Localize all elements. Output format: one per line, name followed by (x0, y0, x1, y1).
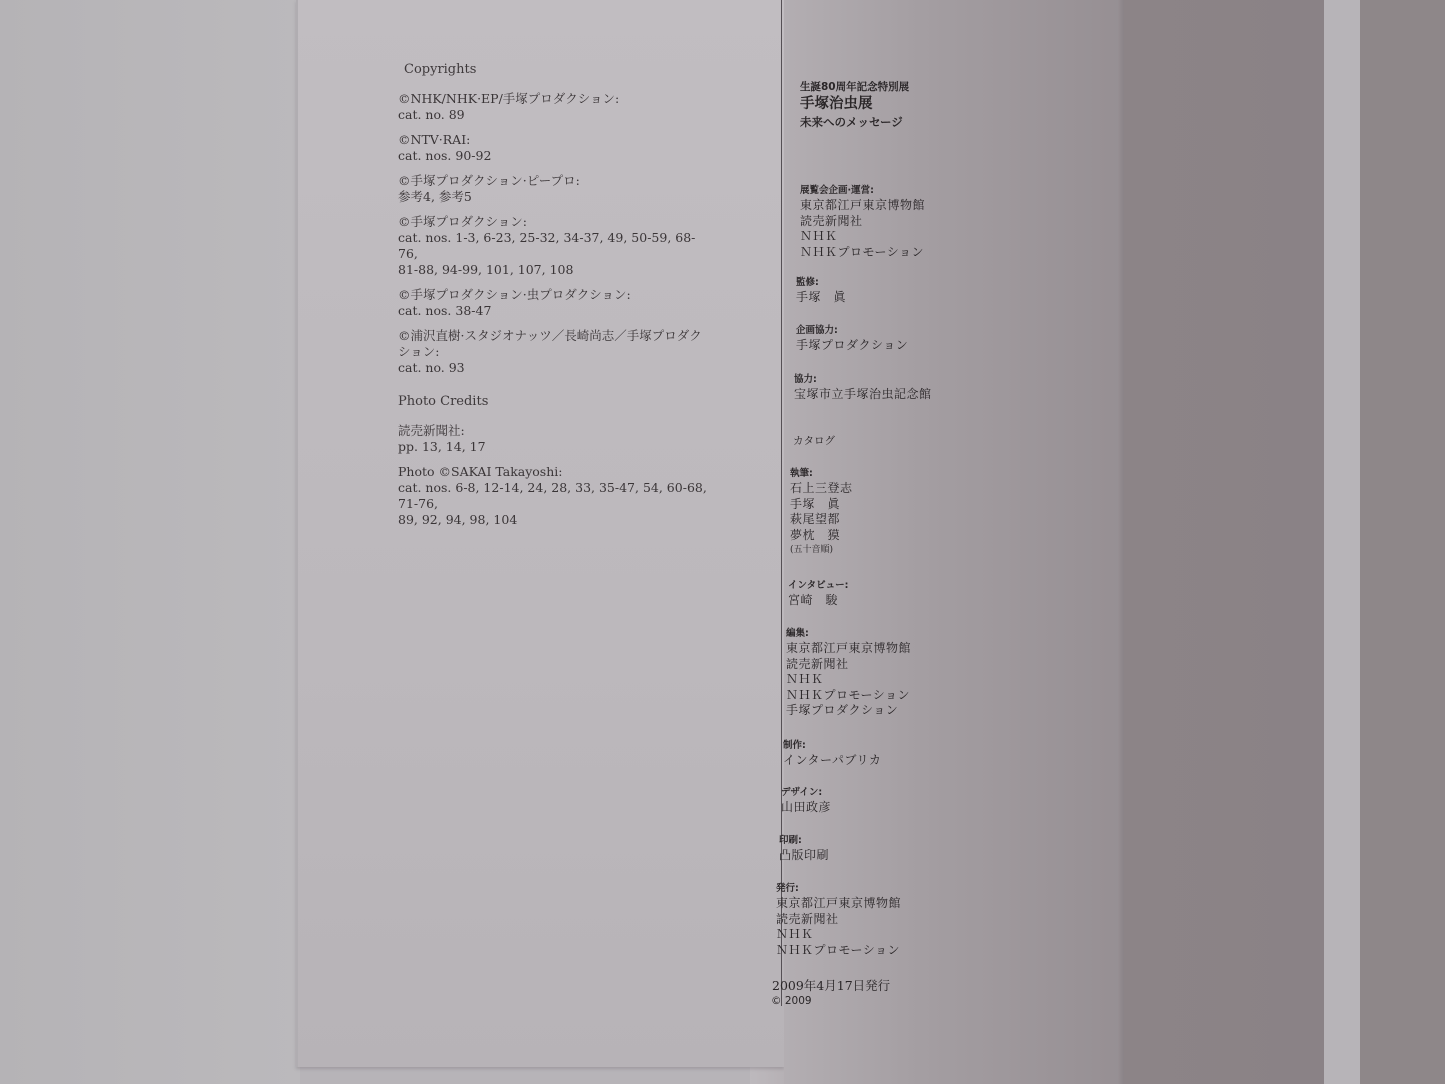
credit-publisher: 発行: 東京都江戸東京博物館 読売新聞社 ＮＨＫ ＮＨＫプロモーション (776, 882, 976, 958)
credit-value: 宝塚市立手塚治虫記念館 (794, 387, 994, 403)
credit-printing: 印刷: 凸版印刷 (779, 834, 979, 864)
credit-value: 凸版印刷 (779, 848, 979, 864)
credit-design: デザイン: 山田政彦 (781, 786, 981, 816)
photo-credit-holder: 読売新聞社: (398, 423, 708, 439)
credit-label: 執筆: (790, 467, 990, 481)
copyrights-column: Copyrights ©NHK/NHK·EP/手塚プロダクション: cat. n… (398, 62, 708, 537)
copyright-items-continued: 81-88, 94-99, 101, 107, 108 (398, 262, 708, 278)
credit-value: ＮＨＫプロモーション (776, 943, 976, 959)
credit-cooperation: 協力: 宝塚市立手塚治虫記念館 (794, 373, 994, 403)
credit-interview: インタビュー: 宮崎 駿 (788, 579, 988, 609)
page-edge (296, 0, 298, 1067)
copyright-entry: ©浦沢直樹·スタジオナッツ／長崎尚志／手塚プロダクション: cat. no. 9… (398, 328, 708, 376)
credit-value: 手塚プロダクション (786, 703, 986, 719)
copyrights-title: Copyrights (404, 62, 708, 78)
copyright-entry: ©手塚プロダクション: cat. nos. 1-3, 6-23, 25-32, … (398, 214, 708, 278)
photo-credit-items: cat. nos. 6-8, 12-14, 24, 28, 33, 35-47,… (398, 480, 708, 512)
credit-value: 手塚 眞 (796, 290, 996, 306)
credit-label: 監修: (796, 276, 996, 290)
credit-value: 読売新聞社 (800, 214, 1000, 230)
copyright-holder: ©NTV·RAI: (398, 132, 708, 148)
copyright-year: © 2009 (771, 994, 812, 1008)
publication-date: 2009年4月17日発行 (772, 978, 890, 993)
credit-value: ＮＨＫ (776, 927, 976, 943)
copyright-holder: ©浦沢直樹·スタジオナッツ／長崎尚志／手塚プロダクション: (398, 328, 708, 360)
credit-value: ＮＨＫ (786, 672, 986, 688)
credit-planning-cooperation: 企画協力: 手塚プロダクション (796, 324, 996, 354)
credit-value: 東京都江戸東京博物館 (786, 641, 986, 657)
credit-production: 制作: インターパブリカ (783, 739, 983, 769)
copyright-items: cat. nos. 1-3, 6-23, 25-32, 34-37, 49, 5… (398, 230, 708, 262)
credit-label: 編集: (786, 627, 986, 641)
credit-organizers: 展覧会企画·運営: 東京都江戸東京博物館 読売新聞社 ＮＨＫ ＮＨＫプロモーショ… (800, 184, 1000, 260)
copyright-items: cat. no. 89 (398, 107, 708, 123)
copyright-holder: ©手塚プロダクション·ピープロ: (398, 173, 708, 189)
credit-value: 宮崎 駿 (788, 593, 988, 609)
credit-label: 発行: (776, 882, 976, 896)
underlying-page (1124, 0, 1324, 1084)
credit-value: 東京都江戸東京博物館 (776, 896, 976, 912)
copyright-items: cat. nos. 90-92 (398, 148, 708, 164)
photo-credits-title: Photo Credits (398, 394, 708, 410)
credit-supervision: 監修: 手塚 眞 (796, 276, 996, 306)
copyright-entry: ©NTV·RAI: cat. nos. 90-92 (398, 132, 708, 164)
credit-value: インターパブリカ (783, 753, 983, 769)
copyright-holder: ©手塚プロダクション: (398, 214, 708, 230)
credit-label: 制作: (783, 739, 983, 753)
photo-credit-entry: Photo ©SAKAI Takayoshi: cat. nos. 6-8, 1… (398, 464, 708, 528)
photo-credit-items: pp. 13, 14, 17 (398, 439, 708, 455)
copyright-items: 参考4, 参考5 (398, 189, 708, 205)
credit-value: 石上三登志 (790, 481, 990, 497)
credit-value: 夢枕 獏 (790, 528, 990, 544)
credit-value: 山田政彦 (781, 800, 981, 816)
colophon-header: 生誕80周年記念特別展 手塚治虫展 未来へのメッセージ (790, 80, 990, 130)
credit-value: 手塚 眞 (790, 497, 990, 513)
catalog-section-label: カタログ (793, 434, 835, 448)
copyright-holder: ©手塚プロダクション·虫プロダクション: (398, 287, 708, 303)
credit-value: ＮＨＫプロモーション (786, 688, 986, 704)
credit-label: インタビュー: (788, 579, 988, 593)
exhibition-title: 手塚治虫展 (800, 94, 990, 114)
credit-label: デザイン: (781, 786, 981, 800)
background-surface-right (1360, 0, 1445, 1084)
credit-value: 東京都江戸東京博物館 (800, 198, 1000, 214)
credit-writers: 執筆: 石上三登志 手塚 眞 萩尾望都 夢枕 獏 (五十音順) (790, 467, 990, 557)
copyright-entry: ©手塚プロダクション·虫プロダクション: cat. nos. 38-47 (398, 287, 708, 319)
credit-value: 手塚プロダクション (796, 338, 996, 354)
background-surface (0, 0, 300, 1084)
credit-label: 企画協力: (796, 324, 996, 338)
credit-label: 印刷: (779, 834, 979, 848)
credit-label: 展覧会企画·運営: (800, 184, 1000, 198)
credit-editing: 編集: 東京都江戸東京博物館 読売新聞社 ＮＨＫ ＮＨＫプロモーション 手塚プロ… (786, 627, 986, 719)
credit-value: ＮＨＫ (800, 229, 1000, 245)
exhibition-tagline: 未来へのメッセージ (800, 114, 990, 130)
credit-value: 萩尾望都 (790, 512, 990, 528)
copyright-items: cat. nos. 38-47 (398, 303, 708, 319)
copyright-items: cat. no. 93 (398, 360, 708, 376)
credit-value: ＮＨＫプロモーション (800, 245, 1000, 261)
photo-credit-items-continued: 89, 92, 94, 98, 104 (398, 512, 708, 528)
photo-credit-holder: Photo ©SAKAI Takayoshi: (398, 464, 708, 480)
credit-note: (五十音順) (790, 543, 990, 557)
exhibition-subtitle: 生誕80周年記念特別展 (800, 80, 990, 94)
credit-label: 協力: (794, 373, 994, 387)
copyright-entry: ©NHK/NHK·EP/手塚プロダクション: cat. no. 89 (398, 91, 708, 123)
copyright-holder: ©NHK/NHK·EP/手塚プロダクション: (398, 91, 708, 107)
credit-value: 読売新聞社 (776, 912, 976, 928)
copyright-entry: ©手塚プロダクション·ピープロ: 参考4, 参考5 (398, 173, 708, 205)
photo-credit-entry: 読売新聞社: pp. 13, 14, 17 (398, 423, 708, 455)
credit-value: 読売新聞社 (786, 657, 986, 673)
